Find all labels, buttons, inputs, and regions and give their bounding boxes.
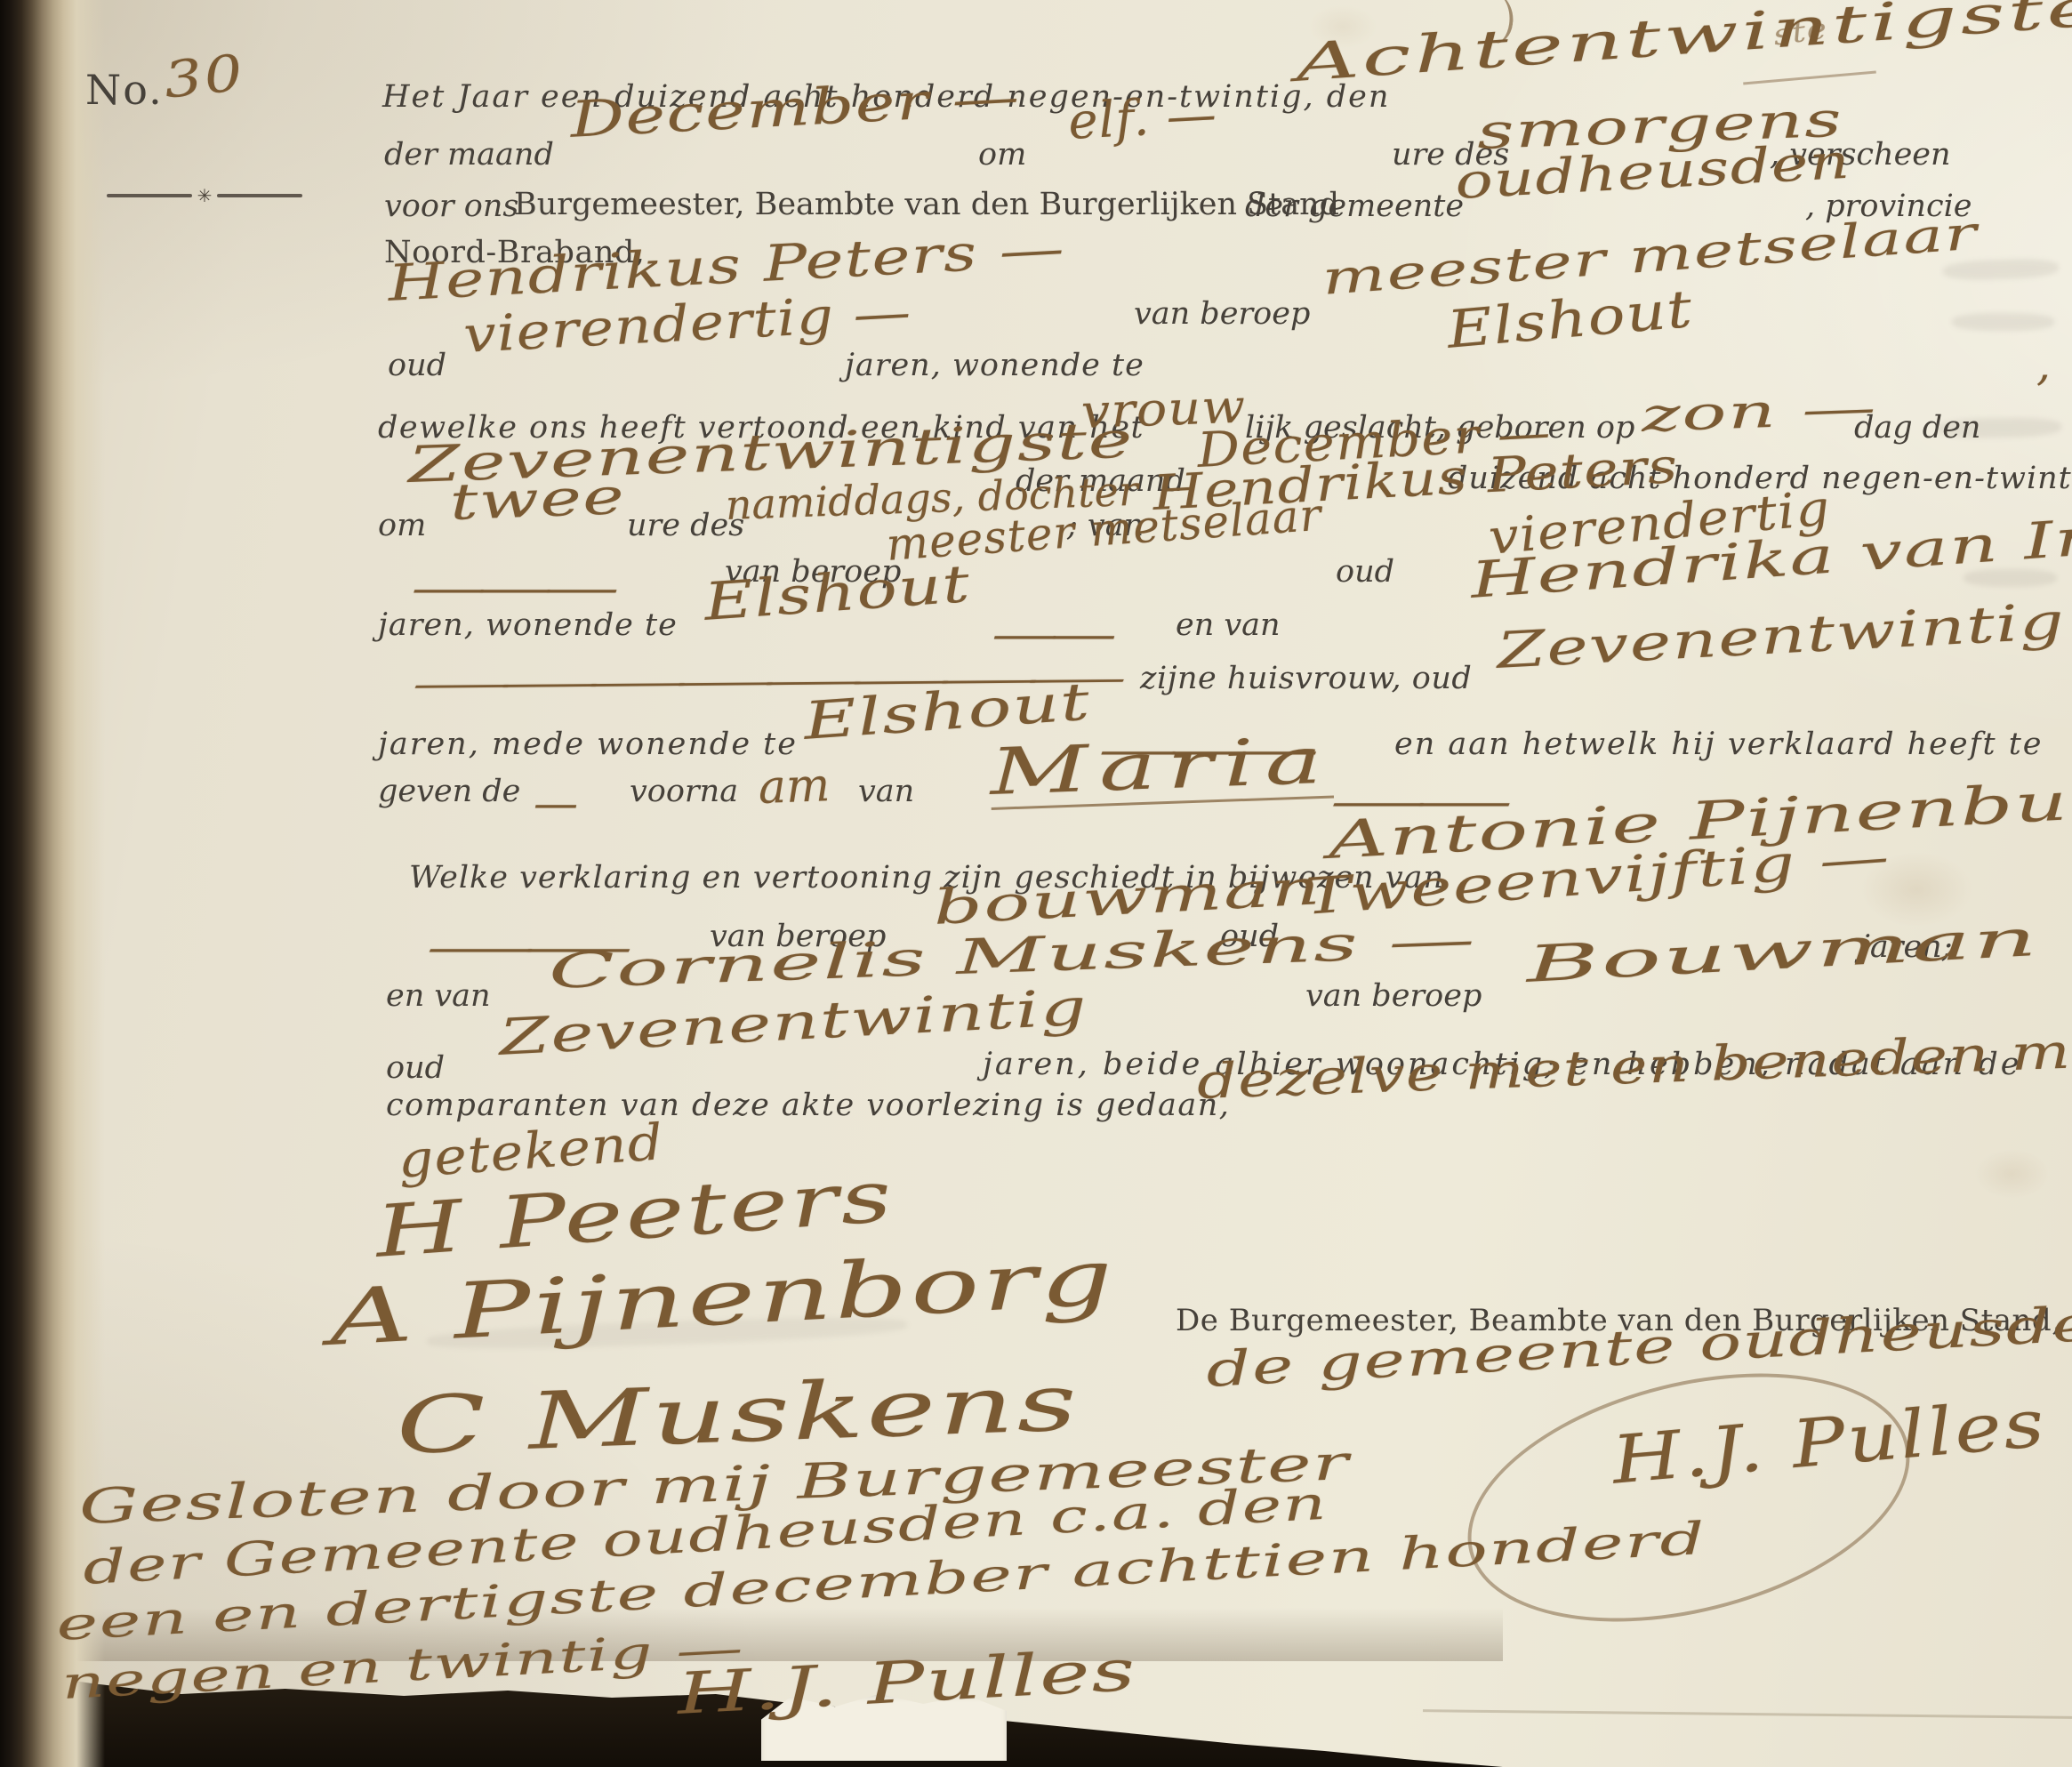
bleedthrough-smudge <box>1952 313 2054 331</box>
line-6-seg-1: oud <box>388 350 446 382</box>
line-6-seg-3: jaren, wonende te <box>845 350 1144 382</box>
line-7-seg-4: zon — <box>1641 385 1878 439</box>
header-divider: ✳ <box>107 185 302 206</box>
line-14-seg-2: — <box>534 781 578 825</box>
line-9-seg-2: twee <box>449 472 626 528</box>
line-14-seg-1: geven de <box>378 776 520 807</box>
line-10-seg-4: oud <box>1336 557 1394 588</box>
line-2-seg-4: elf. — <box>1067 90 1218 148</box>
line-7-seg-5: dag den <box>1854 413 1980 444</box>
line-14-seg-4: am <box>758 762 831 811</box>
line-11-seg-4: en van <box>1176 610 1281 641</box>
line-3-seg-2: Burgemeester, Beambte van den Burgerlijk… <box>514 189 1339 221</box>
divider-line <box>107 194 192 197</box>
line-1-seg-2: Achtentwintigste <box>1294 0 2072 89</box>
line-10-seg-1: ——— <box>411 566 610 610</box>
line-3-seg-3: der gemeente <box>1245 191 1464 222</box>
divider-line <box>217 194 302 197</box>
line-17-seg-1: en van <box>386 981 491 1012</box>
line-17-seg-3: van beroep <box>1305 981 1482 1012</box>
document-number-label: No. <box>85 69 164 110</box>
line-19-seg-1: comparanten van deze akte voorlezing is … <box>386 1090 1230 1121</box>
line-17-seg-4: Bouwman — <box>1525 907 2072 991</box>
line-6-seg-5: , <box>2036 342 2051 387</box>
line-11-seg-2: Elshout <box>703 558 972 628</box>
line-13-seg-1: jaren, mede wonende te <box>378 729 798 760</box>
divider-star-icon: ✳ <box>197 185 213 206</box>
line-14-seg-5: van <box>858 776 914 807</box>
line-18-seg-1: oud <box>386 1053 445 1084</box>
line-2-seg-3: om <box>978 140 1026 171</box>
document-number-value: 30 <box>162 49 247 107</box>
line-11-seg-1: jaren, wonende te <box>378 610 678 641</box>
ink-strike-mark <box>1743 70 1876 84</box>
line-14-seg-3: voorna <box>630 776 738 807</box>
crease-line <box>1423 1709 2072 1719</box>
line-12-seg-3: Zevenentwintig <box>1496 598 2067 677</box>
line-5-seg-2: van beroep <box>1134 299 1310 330</box>
line-13-seg-4: en aan hetwelk hij verklaard heeft te <box>1394 729 2044 760</box>
line-12-seg-2: zijne huisvrouw, oud <box>1140 663 1472 695</box>
day-superscript-mark: ste <box>1771 13 1829 49</box>
line-14-seg-6: Maria <box>989 728 1334 810</box>
line-11-seg-3: —— <box>992 612 1109 656</box>
line-3-seg-1: voor ons <box>384 191 518 222</box>
line-19-seg-2: dezelve met en beneden mij <box>1196 1026 2072 1106</box>
scanned-birth-record-page: ✳ Het Jaar een duizend acht honderd nege… <box>0 0 2072 1767</box>
line-9-seg-1: om <box>378 510 426 542</box>
line-2-seg-1: der maand <box>384 140 554 171</box>
